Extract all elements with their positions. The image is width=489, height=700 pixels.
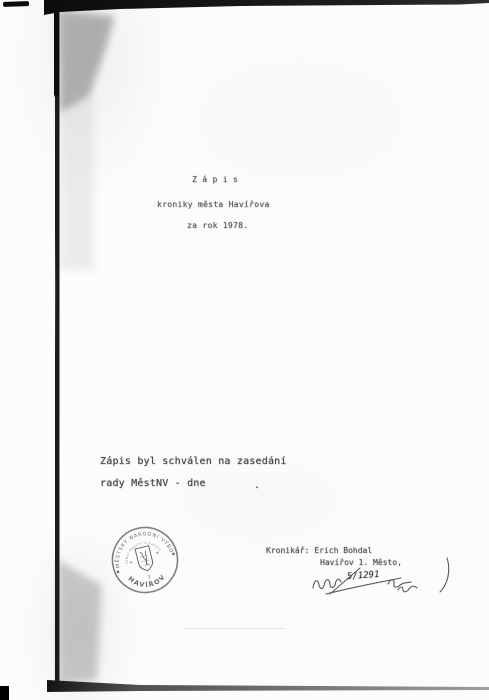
scan-left-band-bottom bbox=[56, 600, 57, 686]
scanned-chronicle-page: Z á p i s kroniky města Havířova za rok … bbox=[0, 0, 489, 700]
scan-corner-block bbox=[0, 686, 9, 700]
stamp-star-left-icon: * bbox=[129, 560, 135, 568]
scan-smudge-bottom bbox=[58, 560, 102, 685]
page-title: Z á p i s bbox=[192, 175, 238, 184]
stamp-number: 3 bbox=[147, 574, 151, 581]
scan-left-band-top bbox=[55, 4, 58, 96]
page-subtitle: kroniky města Havířova bbox=[157, 200, 270, 209]
approval-line-1: Zápis byl schválen na zasedání bbox=[100, 456, 287, 467]
scan-smudge-top bbox=[58, 10, 114, 112]
approval-line-2: rady MěstNV - dne bbox=[100, 478, 206, 489]
scan-bottom-band bbox=[47, 680, 489, 692]
approval-period: . bbox=[254, 480, 260, 491]
scan-top-band bbox=[44, 0, 489, 15]
scan-left-band bbox=[56, 6, 59, 688]
stamp-dot-left-icon bbox=[116, 570, 119, 573]
page-year-line: za rok 1978. bbox=[187, 221, 248, 230]
handwritten-signature bbox=[300, 552, 460, 597]
scan-topleft-dash bbox=[3, 1, 29, 7]
scan-hairline bbox=[185, 628, 285, 629]
municipal-stamp: MĚSTSKÝ NÁRODNÍ VÝBOR odbor školství a k… bbox=[105, 520, 185, 600]
coat-of-arms-icon bbox=[135, 546, 154, 573]
scan-smudge-mid bbox=[60, 100, 94, 270]
